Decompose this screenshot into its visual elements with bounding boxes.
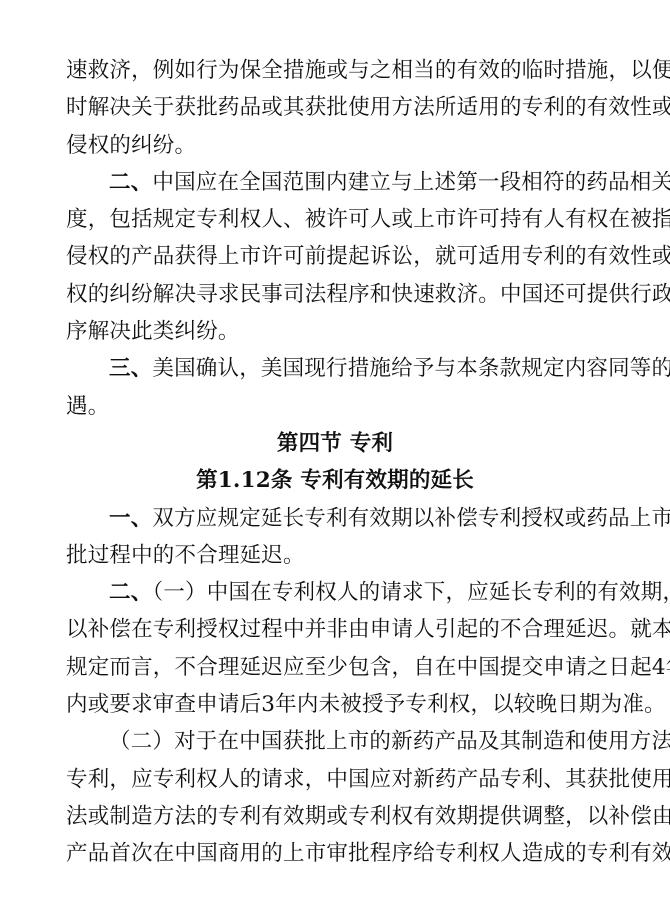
section-heading: 第四节 专利 [66, 425, 604, 462]
text-line: 序解决此类纠纷。 [66, 313, 604, 350]
text-line: 法或制造方法的专利有效期或专利权有效期提供调整，以补偿由该 [66, 798, 604, 835]
text-line: 度，包括规定专利权人、被许可人或上市许可持有人有权在被指控 [66, 201, 604, 238]
paragraph-text: （一）中国在专利权人的请求下，应延长专利的有效期， [152, 580, 670, 605]
paragraph-2-start: 二、中国应在全国范围内建立与上述第一段相符的药品相关制 [66, 164, 604, 201]
text-line: 产品首次在中国商用的上市审批程序给专利权人造成的专利有效 [66, 835, 604, 872]
article-paragraph-1: 一、双方应规定延长专利有效期以补偿专利授权或药品上市审 [66, 500, 604, 537]
article-paragraph-2: 二、（一）中国在专利权人的请求下，应延长专利的有效期， [66, 574, 604, 611]
paragraph-text: 中国应在全国范围内建立与上述第一段相符的药品相关制 [152, 170, 670, 195]
text-line: 权的纠纷解决寻求民事司法程序和快速救济。中国还可提供行政程 [66, 276, 604, 313]
text-line: 规定而言，不合理延迟应至少包含，自在中国提交申请之日起4年 [66, 649, 604, 686]
text-line: 侵权的产品获得上市许可前提起诉讼，就可适用专利的有效性或侵 [66, 238, 604, 275]
text-line: 批过程中的不合理延迟。 [66, 537, 604, 574]
text-line: 专利，应专利权人的请求，中国应对新药产品专利、其获批使用方 [66, 761, 604, 798]
paragraph-number: 二、 [109, 170, 152, 195]
text-line: 遇。 [66, 388, 604, 425]
paragraph-text: 美国确认，美国现行措施给予与本条款规定内容同等的待 [152, 356, 670, 381]
paragraph-3-start: 三、美国确认，美国现行措施给予与本条款规定内容同等的待 [66, 350, 604, 387]
document-page: 速救济，例如行为保全措施或与之相当的有效的临时措施，以便及 时解决关于获批药品或… [66, 52, 604, 873]
paragraph-number: 二、 [109, 580, 152, 605]
text-line: 内或要求审查申请后3年内未被授予专利权，以较晚日期为准。 [66, 686, 604, 723]
sub-paragraph-2: （二）对于在中国获批上市的新药产品及其制造和使用方法的 [66, 723, 604, 760]
paragraph-number: 一、 [109, 506, 152, 531]
text-line: 以补偿在专利授权过程中并非由申请人引起的不合理延迟。就本条 [66, 611, 604, 648]
paragraph-number: 三、 [109, 356, 152, 381]
paragraph-text: 双方应规定延长专利有效期以补偿专利授权或药品上市审 [152, 506, 670, 531]
text-line: 时解决关于获批药品或其获批使用方法所适用的专利的有效性或 [66, 89, 604, 126]
text-line: 速救济，例如行为保全措施或与之相当的有效的临时措施，以便及 [66, 52, 604, 89]
article-heading: 第1.12条 专利有效期的延长 [66, 462, 604, 499]
text-line: 侵权的纠纷。 [66, 127, 604, 164]
